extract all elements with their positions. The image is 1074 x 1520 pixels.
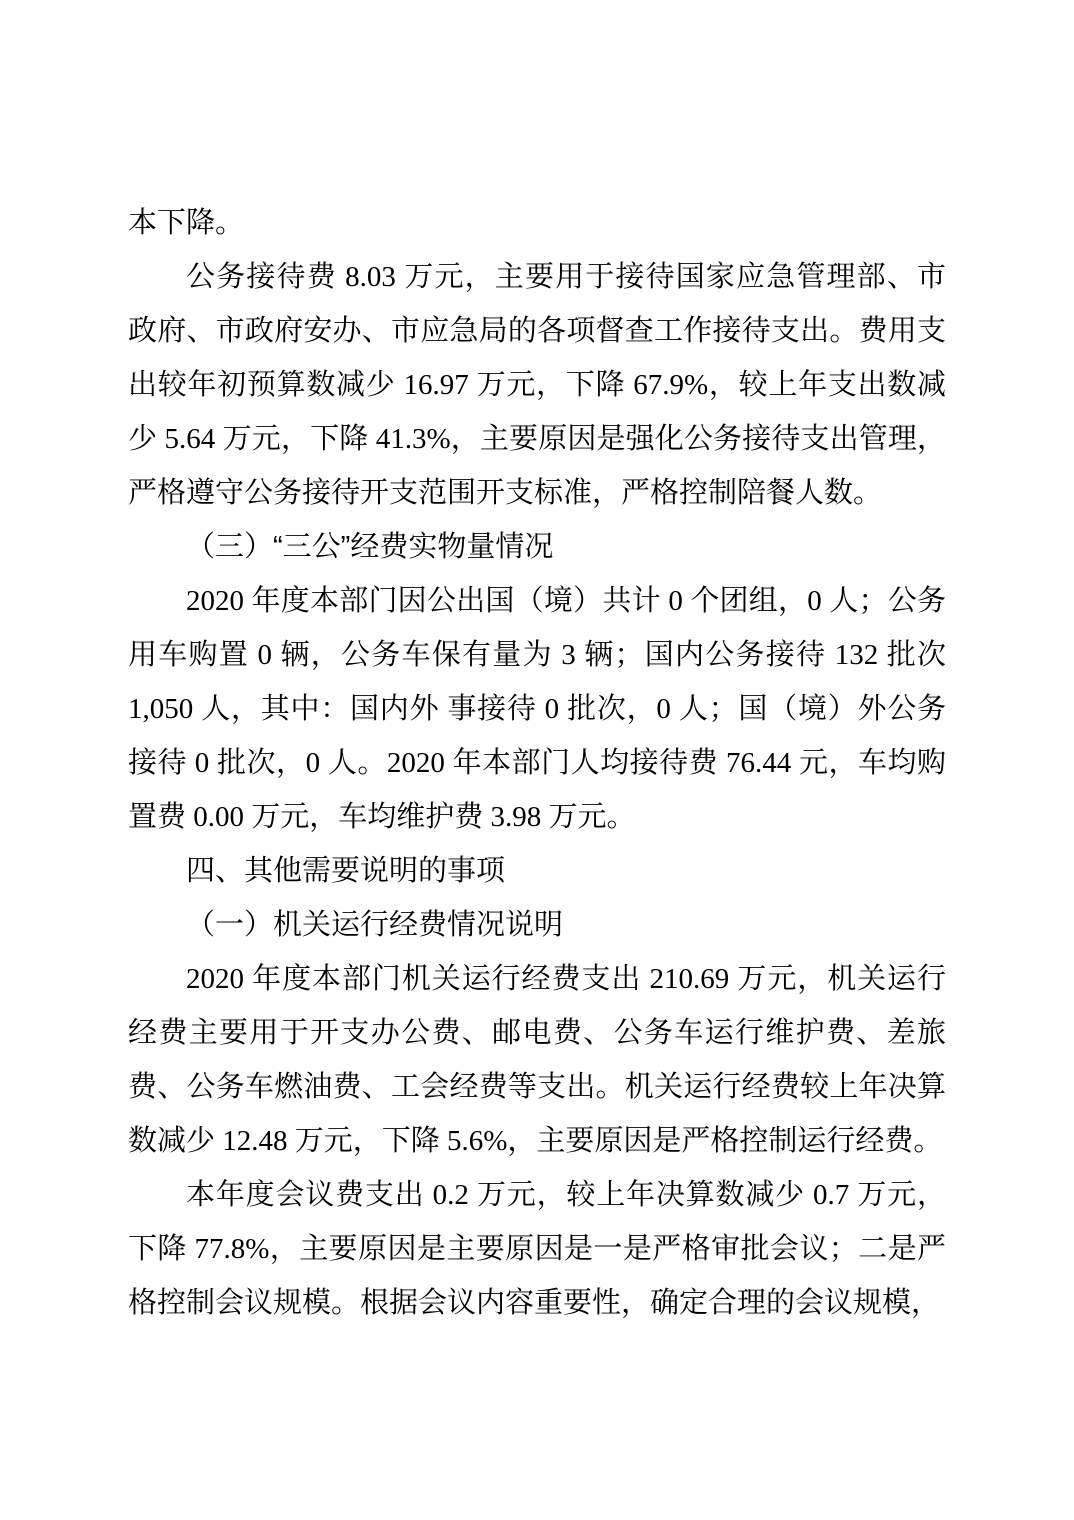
paragraph-physical-quantity-details: 2020 年度本部门因公出国（境）共计 0 个团组，0 人；公务用车购置 0 辆… <box>128 574 946 844</box>
paragraph-cost-decline-tail: 本下降。 <box>128 196 946 250</box>
heading-section-four-other-matters: 四、其他需要说明的事项 <box>128 844 946 898</box>
paragraph-meeting-expense: 本年度会议费支出 0.2 万元，较上年决算数减少 0.7 万元，下降 77.8%… <box>128 1168 946 1330</box>
document-body: 本下降。 公务接待费 8.03 万元，主要用于接待国家应急管理部、市政府、市政府… <box>128 196 946 1330</box>
document-page: 本下降。 公务接待费 8.03 万元，主要用于接待国家应急管理部、市政府、市政府… <box>0 0 1074 1520</box>
heading-section-three-public-expenses-physical-quantity: （三）“三公”经费实物量情况 <box>128 520 946 574</box>
paragraph-agency-operating-expense: 2020 年度本部门机关运行经费支出 210.69 万元，机关运行经费主要用于开… <box>128 952 946 1168</box>
paragraph-official-reception-expense: 公务接待费 8.03 万元，主要用于接待国家应急管理部、市政府、市政府安办、市应… <box>128 250 946 520</box>
heading-section-four-one-operating-expense-note: （一）机关运行经费情况说明 <box>128 898 946 952</box>
